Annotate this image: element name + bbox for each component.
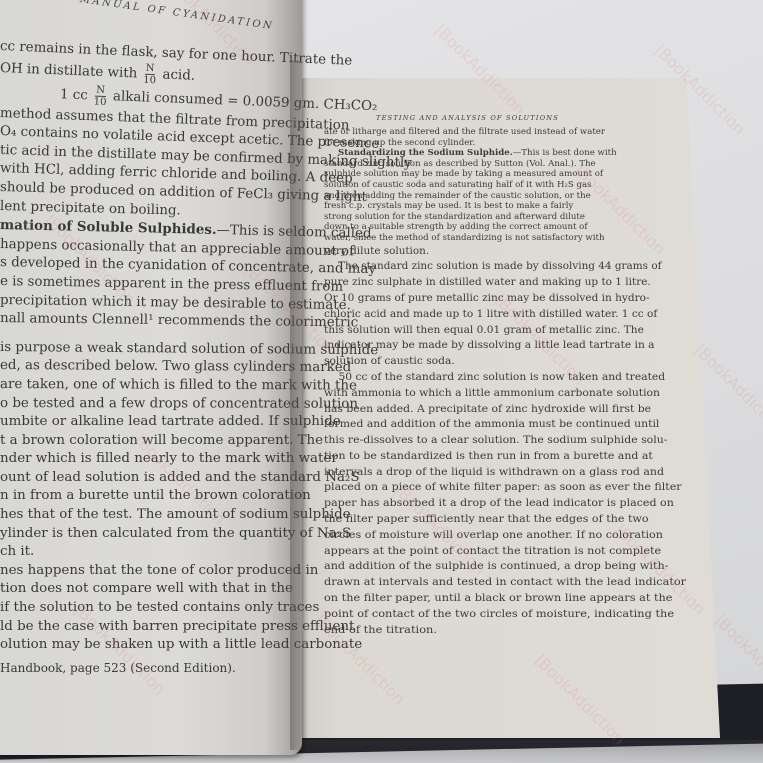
text-line: tion to be standardized is then run in f… [324,449,722,465]
text-line: 50 cc of the standard zinc solution is n… [324,370,714,386]
text-line: olution may be shaken up with a little l… [0,636,330,655]
text-line: and addition of the sulphide is continue… [324,559,732,575]
text-line: tion does not compare well with that in … [0,580,330,599]
text-line: pure zinc sulphate in distilled water an… [324,275,705,291]
left-page-content: MANUAL OF CYANIDATION cc remains in the … [0,38,330,677]
text-line: this re-dissolves to a clear solution. T… [324,433,720,449]
text-line: solution of caustic soda and saturating … [324,180,702,191]
text-line: with ammonia to which a little ammonium … [324,386,716,402]
gutter-shadow [290,60,304,750]
text-line: if the solution to be tested contains on… [0,599,330,618]
right-page: TESTING AND ANALYSIS OF SOLUTIONS 47 ate… [300,78,720,738]
book-photo: TESTING AND ANALYSIS OF SOLUTIONS 47 ate… [0,0,763,763]
text-line: sulphide solution may be made by taking … [324,169,702,180]
text-line: ch it. [0,543,330,562]
text-line: solution of caustic soda. [324,354,713,370]
text-line: placed on a piece of white filter paper:… [324,480,725,496]
left-page-text: cc remains in the flask, say for one hou… [0,38,330,677]
text-line: ld be the case with barren precipitate p… [0,618,330,637]
left-page: MANUAL OF CYANIDATION cc remains in the … [0,0,302,755]
text-line: point of contact of the two circles of m… [324,607,737,623]
text-line: water, since the method of standardizing… [324,233,702,244]
right-running-head-title: TESTING AND ANALYSIS OF SOLUTIONS [376,114,559,122]
section-heading: mation of Soluble Sulphides. [0,217,217,238]
text-line: The standard zinc solution is made by di… [324,259,704,275]
text-line: end of the titration. [324,623,738,639]
text-line: o be tested and a few drops of concentra… [0,395,330,414]
text-line: on the filter paper, until a black or br… [324,591,735,607]
text-line: drawn at intervals and tested in contact… [324,575,734,591]
right-page-content: TESTING AND ANALYSIS OF SOLUTIONS 47 ate… [324,114,702,638]
text-line: umbite or alkaline lead tartrate added. … [0,413,330,432]
right-running-head: TESTING AND ANALYSIS OF SOLUTIONS 47 [324,114,702,122]
text-line: very dilute solution. [324,244,702,260]
heading-continuation: —This is best done with [513,148,617,158]
text-line: Handbook, page 523 (Second Edition). [0,659,330,678]
text-line: ylinder is then calculated from the quan… [0,525,330,544]
text-line: ate or litharge and filtered and the fil… [324,127,702,138]
right-page-text: ate or litharge and filtered and the fil… [324,127,702,638]
text-line: are taken, one of which is filled to the… [0,376,330,396]
text-line: paper has absorbed it a drop of the lead… [324,496,726,512]
text-line: formed and addition of the ammonia must … [324,417,719,433]
text-line: down to a suitable strength by adding th… [324,222,702,233]
text-line: fresh c.p. crystals may be used. It is b… [324,201,702,212]
text-line: chloric acid and made up to 1 litre with… [324,307,708,323]
text-line: indicator may be made by dissolving a li… [324,338,711,354]
text-line: ed, as described below. Two glass cylind… [0,357,330,378]
text-line: nes happens that the tone of color produ… [0,562,330,581]
text-line: for making up the second cylinder. [324,138,702,149]
text-line: nder which is filled nearly to the mark … [0,450,330,469]
text-line: strong solution for the standardization … [324,212,702,223]
text-line: circles of moisture will overlap one ano… [324,528,729,544]
text-line: n in from a burette until the brown colo… [0,487,330,506]
text-line: t a brown coloration will become apparen… [0,432,330,451]
fraction: N10 [143,62,157,85]
text-line: has been added. A precipitate of zinc hy… [324,402,717,418]
fraction: N10 [94,84,108,107]
text-line: and then adding the remainder of the cau… [324,191,702,202]
text-line: this solution will then equal 0.01 gram … [324,323,710,339]
text-line: Or 10 grams of pure metallic zinc may be… [324,291,707,307]
text-line: hes that of the test. The amount of sodi… [0,506,330,525]
left-running-head: MANUAL OF CYANIDATION [79,0,274,32]
text-line: appears at the point of contact the titr… [324,544,731,560]
text-line: intervals a drop of the liquid is withdr… [324,465,723,481]
text-line: ount of lead solution is added and the s… [0,469,330,488]
text-line: the filter paper sufficiently near that … [324,512,728,528]
